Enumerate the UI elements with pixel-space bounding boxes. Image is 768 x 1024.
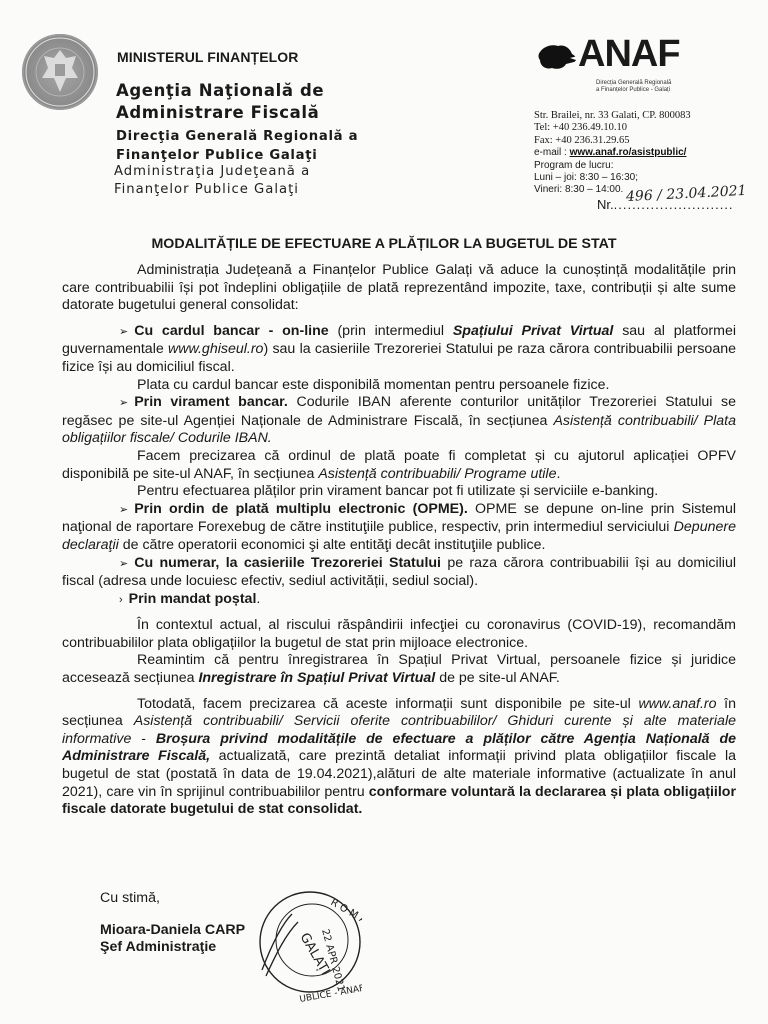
item-card-note: Plata cu cardul bancar este disponibilă …: [62, 377, 736, 395]
program-label: Program de lucru:: [534, 160, 691, 172]
covid-paragraph: În contextul actual, al riscului răspând…: [62, 617, 736, 652]
anaf-logo-subtitle: Direcția Generală Regională a Finanțelor…: [596, 80, 671, 94]
agency-line-2: Administrare Fiscală: [116, 102, 324, 124]
arrow-bullet-icon: ➢: [119, 326, 128, 338]
ministry-name: MINISTERUL FINANȚELOR: [117, 49, 299, 65]
logo-sub-2: a Finanțelor Publice - Galați: [596, 87, 671, 94]
agency-line-1: Agenţia Naţională de: [116, 80, 324, 102]
arrow-bullet-icon: ➢: [119, 558, 128, 570]
text: .: [256, 591, 260, 607]
regional-directorate: Direcţia Generală Regională a Finanţelor…: [116, 127, 358, 165]
final-paragraph: Totodată, facem precizarea că aceste inf…: [62, 696, 736, 819]
chevron-bullet-icon: ›: [119, 594, 123, 606]
anaf-link[interactable]: www.anaf.ro: [638, 696, 716, 712]
arrow-bullet-icon: ➢: [119, 504, 128, 516]
intro-paragraph: Administrația Județeană a Finanțelor Pub…: [62, 262, 736, 315]
document-title: MODALITĂȚILE DE EFECTUARE A PLĂȚILOR LA …: [0, 236, 768, 252]
signatory-role: Şef Administraţie: [100, 939, 245, 957]
item-postal: ›Prin mandat poștal.: [62, 591, 736, 610]
spv-section-ref: Inregistrare în Spațiul Privat Virtual: [198, 670, 435, 686]
ghiseul-link[interactable]: www.ghiseul.ro: [168, 341, 263, 357]
program-mon-thu: Luni – joi: 8:30 – 16:30;: [534, 172, 691, 184]
text: de către operatorii economici şi alte en…: [119, 537, 546, 553]
official-round-stamp-icon: R O M Â GALAȚI 22 APR 2021 UBLICE - ANAF: [242, 874, 362, 1010]
ebanking-paragraph: Pentru efectuarea plăților prin virament…: [62, 483, 736, 501]
email-link[interactable]: www.anaf.ro/asistpublic/: [570, 147, 687, 158]
anaf-romania-map-icon: [536, 42, 580, 74]
document-body: Administrația Județeană a Finanțelor Pub…: [62, 262, 736, 819]
phone: Tel: +40 236.49.10.10: [534, 122, 691, 134]
dgr-line-1: Direcţia Generală Regională a: [116, 127, 358, 146]
item-postal-heading: Prin mandat poștal: [129, 591, 257, 607]
aj-line-1: Administraţia Judeţeană a: [114, 163, 310, 181]
item-card-heading: Cu cardul bancar - on-line: [134, 323, 328, 339]
signatory-name: Mioara-Daniela CARP: [100, 922, 245, 940]
agency-name: Agenţia Naţională de Administrare Fiscal…: [116, 80, 324, 124]
anaf-logo-text: ANAF: [578, 33, 680, 76]
spv-ref: Spațiului Privat Virtual: [453, 323, 614, 339]
text: (prin intermediul: [329, 323, 453, 339]
item-transfer: ➢Prin virament bancar. Codurile IBAN afe…: [62, 394, 736, 448]
item-opme: ➢Prin ordin de plată multiplu electronic…: [62, 501, 736, 555]
email-row: e-mail : www.anaf.ro/asistpublic/: [534, 147, 691, 159]
text: Totodată, facem precizarea că aceste inf…: [137, 696, 638, 712]
item-card: ➢Cu cardul bancar - on-line (prin interm…: [62, 323, 736, 377]
text: .: [556, 466, 560, 482]
contact-block: Str. Brailei, nr. 33 Galati, CP. 800083 …: [534, 110, 691, 197]
logo-sub-1: Direcția Generală Regională: [596, 80, 671, 87]
spv-paragraph: Reamintim că pentru înregistrarea în Spa…: [62, 652, 736, 687]
text: de pe site-ul ANAF.: [435, 670, 560, 686]
item-transfer-heading: Prin virament bancar.: [134, 394, 288, 410]
opfv-paragraph: Facem precizarea că ordinul de plată poa…: [62, 448, 736, 483]
arrow-bullet-icon: ➢: [119, 397, 128, 409]
nr-label: Nr.: [597, 197, 614, 212]
closing: Cu stimă,: [100, 890, 245, 908]
romania-ministry-seal-icon: [22, 34, 98, 110]
aj-line-2: Finanţelor Publice Galaţi: [114, 181, 310, 199]
signature-block: Cu stimă, Mioara-Daniela CARP Şef Admini…: [100, 890, 245, 957]
item-cash: ➢Cu numerar, la casieriile Trezoreriei S…: [62, 555, 736, 591]
programe-path: Asistență contribuabili/ Programe utile: [318, 466, 556, 482]
email-label: e-mail :: [534, 147, 570, 158]
ministry-seal: [22, 34, 98, 110]
text: -: [131, 731, 156, 747]
item-opme-heading: Prin ordin de plată multiplu electronic …: [134, 501, 468, 517]
fax: Fax: +40 236.31.29.65: [534, 135, 691, 147]
county-administration: Administraţia Judeţeană a Finanţelor Pub…: [114, 163, 310, 199]
item-cash-heading: Cu numerar, la casieriile Trezoreriei St…: [134, 555, 441, 571]
address: Str. Brailei, nr. 33 Galati, CP. 800083: [534, 110, 691, 122]
